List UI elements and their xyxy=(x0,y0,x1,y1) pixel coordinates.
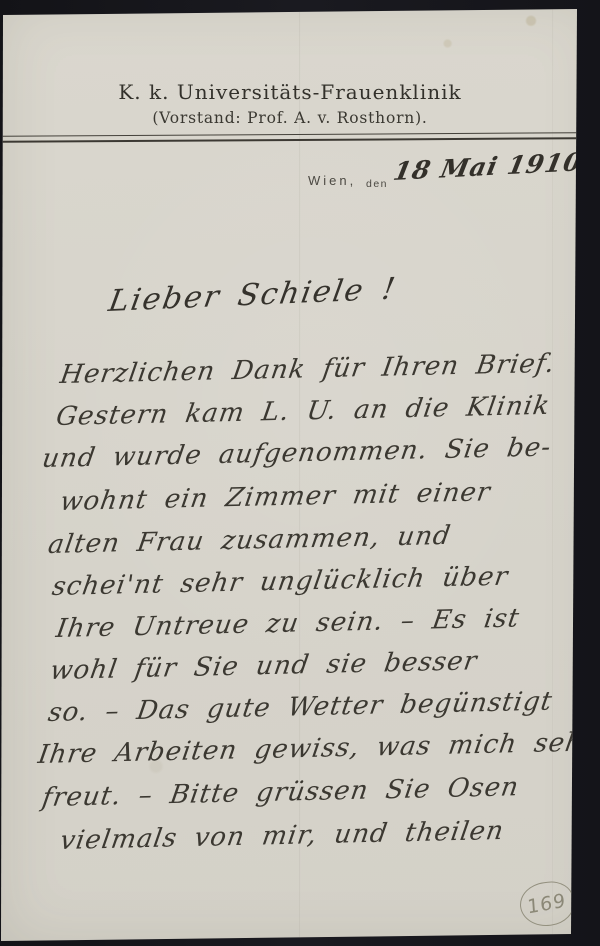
salutation: Lieber Schiele ! xyxy=(106,272,399,319)
dateline-handwritten-date: 18 Mai 1910. xyxy=(391,147,595,186)
handwritten-line-9: so. – Das gute Wetter begünstigt xyxy=(46,687,555,728)
paper-fold-crease-right xyxy=(552,0,554,946)
catalog-number: 169 xyxy=(527,890,567,919)
letterhead-director-line: (Vorstand: Prof. A. v. Rosthorn). xyxy=(0,109,580,127)
letter-photograph: K. k. Universitäts-Frauenklinik (Vorstan… xyxy=(0,0,600,946)
handwritten-line-12: vielmals von mir, und theilen xyxy=(58,816,506,856)
handwritten-line-2: Gestern kam L. U. an die Klinik xyxy=(54,391,552,432)
letter-paper: K. k. Universitäts-Frauenklinik (Vorstan… xyxy=(0,0,600,946)
handwritten-line-4: wohnt ein Zimmer mit einer xyxy=(58,477,493,517)
handwritten-line-8: wohl für Sie und sie besser xyxy=(48,646,480,686)
dateline-printed-city: Wien, xyxy=(308,173,356,188)
handwritten-line-5: alten Frau zusammen, und xyxy=(46,521,453,560)
handwritten-line-7: Ihre Untreue zu sein. – Es ist xyxy=(54,604,522,644)
letterhead-double-rule xyxy=(2,132,579,143)
letterhead-institution: K. k. Universitäts-Frauenklinik xyxy=(0,80,580,104)
handwritten-line-1: Herzlichen Dank für Ihren Brief. xyxy=(58,349,557,390)
letterhead: K. k. Universitäts-Frauenklinik (Vorstan… xyxy=(0,80,580,127)
dateline-printed-den: den xyxy=(366,178,388,190)
handwritten-line-11: freut. – Bitte grüssen Sie Osen xyxy=(40,772,521,813)
handwritten-line-10: Ihre Arbeiten gewiss, was mich sehr xyxy=(36,727,599,770)
handwritten-line-3: und wurde aufgenommen. Sie be- xyxy=(40,433,553,474)
pencil-circle: 169 xyxy=(518,879,577,929)
handwritten-line-6: schei'nt sehr unglücklich über xyxy=(50,562,510,602)
